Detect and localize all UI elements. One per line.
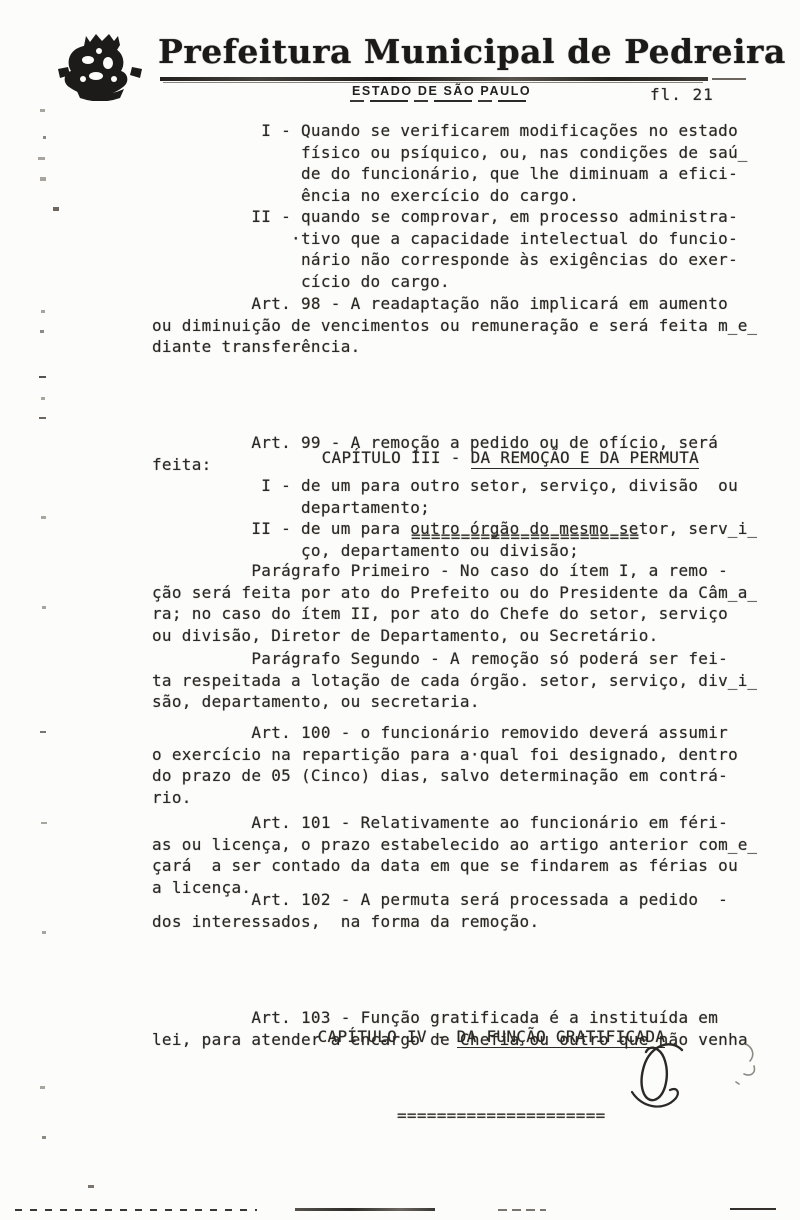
article-102: Art. 102 - A permuta será processada a p… — [152, 889, 728, 932]
paragrafo-primeiro: Parágrafo Primeiro - No caso do ítem I, … — [152, 560, 757, 646]
scan-speck — [42, 931, 46, 934]
article-99: Art. 99 - A remoção a pedido ou de ofíci… — [152, 432, 757, 561]
article-101: Art. 101 - Relativamente ao funcionário … — [152, 812, 757, 898]
scan-speck — [39, 376, 46, 378]
letterhead-rule-shadow — [163, 82, 703, 83]
coat-of-arms-icon — [56, 33, 144, 105]
article-100: Art. 100 - o funcionário removido deverá… — [152, 722, 738, 808]
clause-list-i-ii: I - Quando se verificarem modificações n… — [152, 120, 748, 292]
scan-speck — [88, 1185, 94, 1188]
chapter-4-heading: CAPÍTULO IV - DA FUNÇÃO GRATIFICADA ====… — [258, 961, 665, 1169]
scan-speck — [41, 516, 46, 519]
letterhead-subtitle: ESTADO DE SÃO PAULO — [352, 84, 531, 98]
scan-speck — [40, 731, 46, 733]
scan-speck — [38, 157, 45, 160]
folio-number: fl. 21 — [650, 84, 714, 106]
article-98: Art. 98 - A readaptação não implicará em… — [152, 293, 757, 358]
scan-speck — [40, 330, 44, 333]
scan-speck — [39, 417, 46, 419]
scan-speck — [42, 1136, 46, 1139]
paragrafo-segundo: Parágrafo Segundo - A remoção só poderá … — [152, 648, 757, 713]
document-page: Prefeitura Municipal de Pedreira ESTADO … — [0, 0, 800, 1220]
letterhead-subtitle-underline — [350, 100, 526, 102]
scan-artifact-line — [15, 1209, 257, 1211]
scan-artifact-line — [730, 1208, 776, 1210]
letterhead-title: Prefeitura Municipal de Pedreira — [158, 32, 786, 71]
letterhead-rule — [160, 77, 708, 81]
handwritten-signature-mark — [618, 1036, 788, 1124]
letterhead-rule-extension — [712, 78, 746, 80]
scan-speck — [41, 310, 45, 313]
scan-speck — [41, 822, 47, 824]
scan-speck — [40, 109, 45, 112]
scan-speck — [40, 1086, 45, 1089]
scan-speck — [42, 606, 46, 609]
scan-artifact-line — [295, 1208, 435, 1211]
scan-speck — [41, 397, 45, 400]
scan-speck — [43, 136, 46, 139]
scan-speck — [53, 207, 59, 211]
scan-speck — [40, 177, 46, 181]
scan-artifact-line — [498, 1209, 546, 1211]
